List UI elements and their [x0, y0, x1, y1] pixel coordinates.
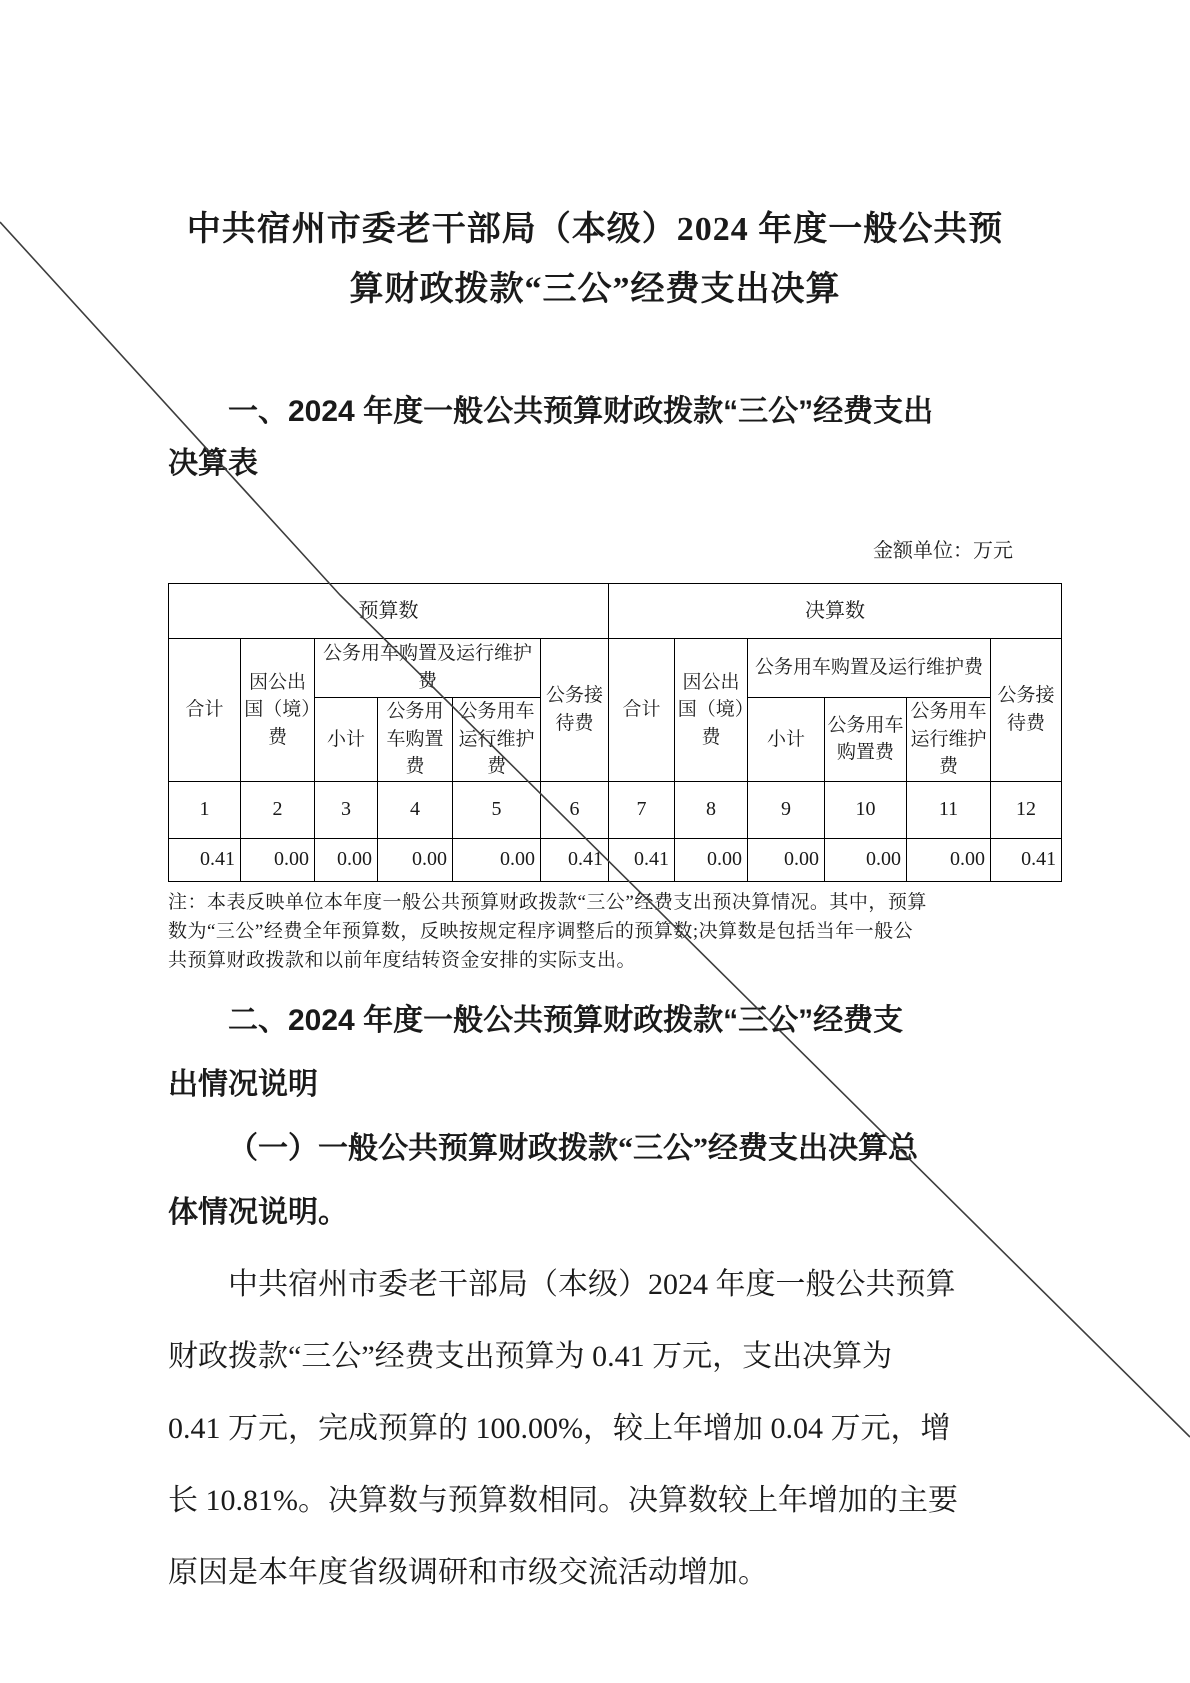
value-cell: 0.41: [991, 838, 1062, 881]
header-final-vehicle-maintenance: 公务用车运行维护费: [907, 698, 991, 782]
col-number: 7: [609, 781, 675, 838]
value-cell: 0.41: [609, 838, 675, 881]
document-content: 中共宿州市委老干部局（本级）2024 年度一般公共预 算财政拨款“三公”经费支出…: [0, 200, 1190, 1609]
subsection1-heading-line-1: （一）一般公共预算财政拨款“三公”经费支出决算总: [168, 1117, 1022, 1181]
header-final-total: 合计: [609, 639, 675, 782]
section2-heading-line-2: 出情况说明: [168, 1053, 1022, 1117]
col-number: 5: [453, 781, 541, 838]
document-page: 中共宿州市委老干部局（本级）2024 年度一般公共预 算财政拨款“三公”经费支出…: [0, 0, 1190, 1683]
section1-heading-line-2: 决算表: [168, 438, 1022, 490]
col-number: 3: [315, 781, 378, 838]
body-paragraph: 中共宿州市委老干部局（本级）2024 年度一般公共预算 财政拨款“三公”经费支出…: [168, 1249, 1022, 1609]
body-paragraph-line-2: 财政拨款“三公”经费支出预算为 0.41 万元，支出决算为: [168, 1321, 1022, 1393]
section2-heading: 二、2024 年度一般公共预算财政拨款“三公”经费支 出情况说明: [168, 989, 1022, 1117]
table-note-line-3: 共预算财政拨款和以前年度结转资金安排的实际支出。: [168, 946, 1022, 975]
header-final-vehicle-group: 公务用车购置及运行维护费: [748, 639, 991, 698]
header-budget-vehicle-subtotal: 小计: [315, 698, 378, 782]
col-number: 2: [241, 781, 315, 838]
group-header-budget: 预算数: [169, 584, 609, 639]
col-number: 9: [748, 781, 825, 838]
value-cell: 0.41: [541, 838, 609, 881]
table-value-row: 0.41 0.00 0.00 0.00 0.00 0.41 0.41 0.00 …: [169, 838, 1062, 881]
col-number: 12: [991, 781, 1062, 838]
value-cell: 0.00: [748, 838, 825, 881]
header-final-reception: 公务接待费: [991, 639, 1062, 782]
value-cell: 0.41: [169, 838, 241, 881]
col-number: 10: [825, 781, 907, 838]
header-budget-vehicle-purchase: 公务用车购置费: [378, 698, 453, 782]
subsection1-heading: （一）一般公共预算财政拨款“三公”经费支出决算总 体情况说明。: [168, 1117, 1022, 1245]
table-column-number-row: 1 2 3 4 5 6 7 8 9 10 11 12: [169, 781, 1062, 838]
header-final-abroad: 因公出国（境）费: [675, 639, 748, 782]
header-budget-total: 合计: [169, 639, 241, 782]
header-budget-reception: 公务接待费: [541, 639, 609, 782]
body-paragraph-line-3: 0.41 万元，完成预算的 100.00%，较上年增加 0.04 万元，增: [168, 1393, 1022, 1465]
document-title-line-2: 算财政拨款“三公”经费支出决算: [168, 260, 1022, 320]
value-cell: 0.00: [378, 838, 453, 881]
section2-heading-line-1: 二、2024 年度一般公共预算财政拨款“三公”经费支: [168, 989, 1022, 1053]
value-cell: 0.00: [825, 838, 907, 881]
group-header-final: 决算数: [609, 584, 1062, 639]
value-cell: 0.00: [453, 838, 541, 881]
subsection1-heading-line-2: 体情况说明。: [168, 1181, 1022, 1245]
table-note-line-1: 注：本表反映单位本年度一般公共预算财政拨款“三公”经费支出预决算情况。其中，预算: [168, 888, 1022, 917]
value-cell: 0.00: [675, 838, 748, 881]
table-note-line-2: 数为“三公”经费全年预算数，反映按规定程序调整后的预算数;决算数是包括当年一般公: [168, 917, 1022, 946]
table-group-header-row: 预算数 决算数: [169, 584, 1062, 639]
col-number: 11: [907, 781, 991, 838]
body-paragraph-line-1: 中共宿州市委老干部局（本级）2024 年度一般公共预算: [168, 1249, 1022, 1321]
section1-heading: 一、2024 年度一般公共预算财政拨款“三公”经费支出 决算表: [168, 386, 1022, 490]
header-budget-vehicle-maintenance: 公务用车运行维护费: [453, 698, 541, 782]
header-budget-vehicle-group: 公务用车购置及运行维护费: [315, 639, 541, 698]
col-number: 1: [169, 781, 241, 838]
value-cell: 0.00: [907, 838, 991, 881]
value-cell: 0.00: [315, 838, 378, 881]
document-title: 中共宿州市委老干部局（本级）2024 年度一般公共预 算财政拨款“三公”经费支出…: [168, 200, 1022, 320]
header-final-vehicle-subtotal: 小计: [748, 698, 825, 782]
body-paragraph-line-4: 长 10.81%。决算数与预算数相同。决算数较上年增加的主要: [168, 1465, 1022, 1537]
col-number: 6: [541, 781, 609, 838]
table-note: 注：本表反映单位本年度一般公共预算财政拨款“三公”经费支出预决算情况。其中，预算…: [168, 888, 1022, 975]
body-paragraph-line-5: 原因是本年度省级调研和市级交流活动增加。: [168, 1537, 1022, 1609]
col-number: 8: [675, 781, 748, 838]
amount-unit-label: 金额单位：万元: [168, 536, 1061, 566]
document-title-line-1: 中共宿州市委老干部局（本级）2024 年度一般公共预: [168, 200, 1022, 260]
section1-heading-line-1: 一、2024 年度一般公共预算财政拨款“三公”经费支出: [168, 386, 1022, 438]
three-public-expense-table: 预算数 决算数 合计 因公出国（境）费 公务用车购置及运行维护费 公务接待费 合…: [168, 583, 1062, 882]
table-header-row-upper: 合计 因公出国（境）费 公务用车购置及运行维护费 公务接待费 合计 因公出国（境…: [169, 639, 1062, 698]
header-final-vehicle-purchase: 公务用车购置费: [825, 698, 907, 782]
value-cell: 0.00: [241, 838, 315, 881]
budget-table-block: 金额单位：万元 预算数 决算数 合计 因公出国（境）费 公务用车购置及运行维护费…: [168, 536, 1061, 882]
col-number: 4: [378, 781, 453, 838]
header-budget-abroad: 因公出国（境）费: [241, 639, 315, 782]
